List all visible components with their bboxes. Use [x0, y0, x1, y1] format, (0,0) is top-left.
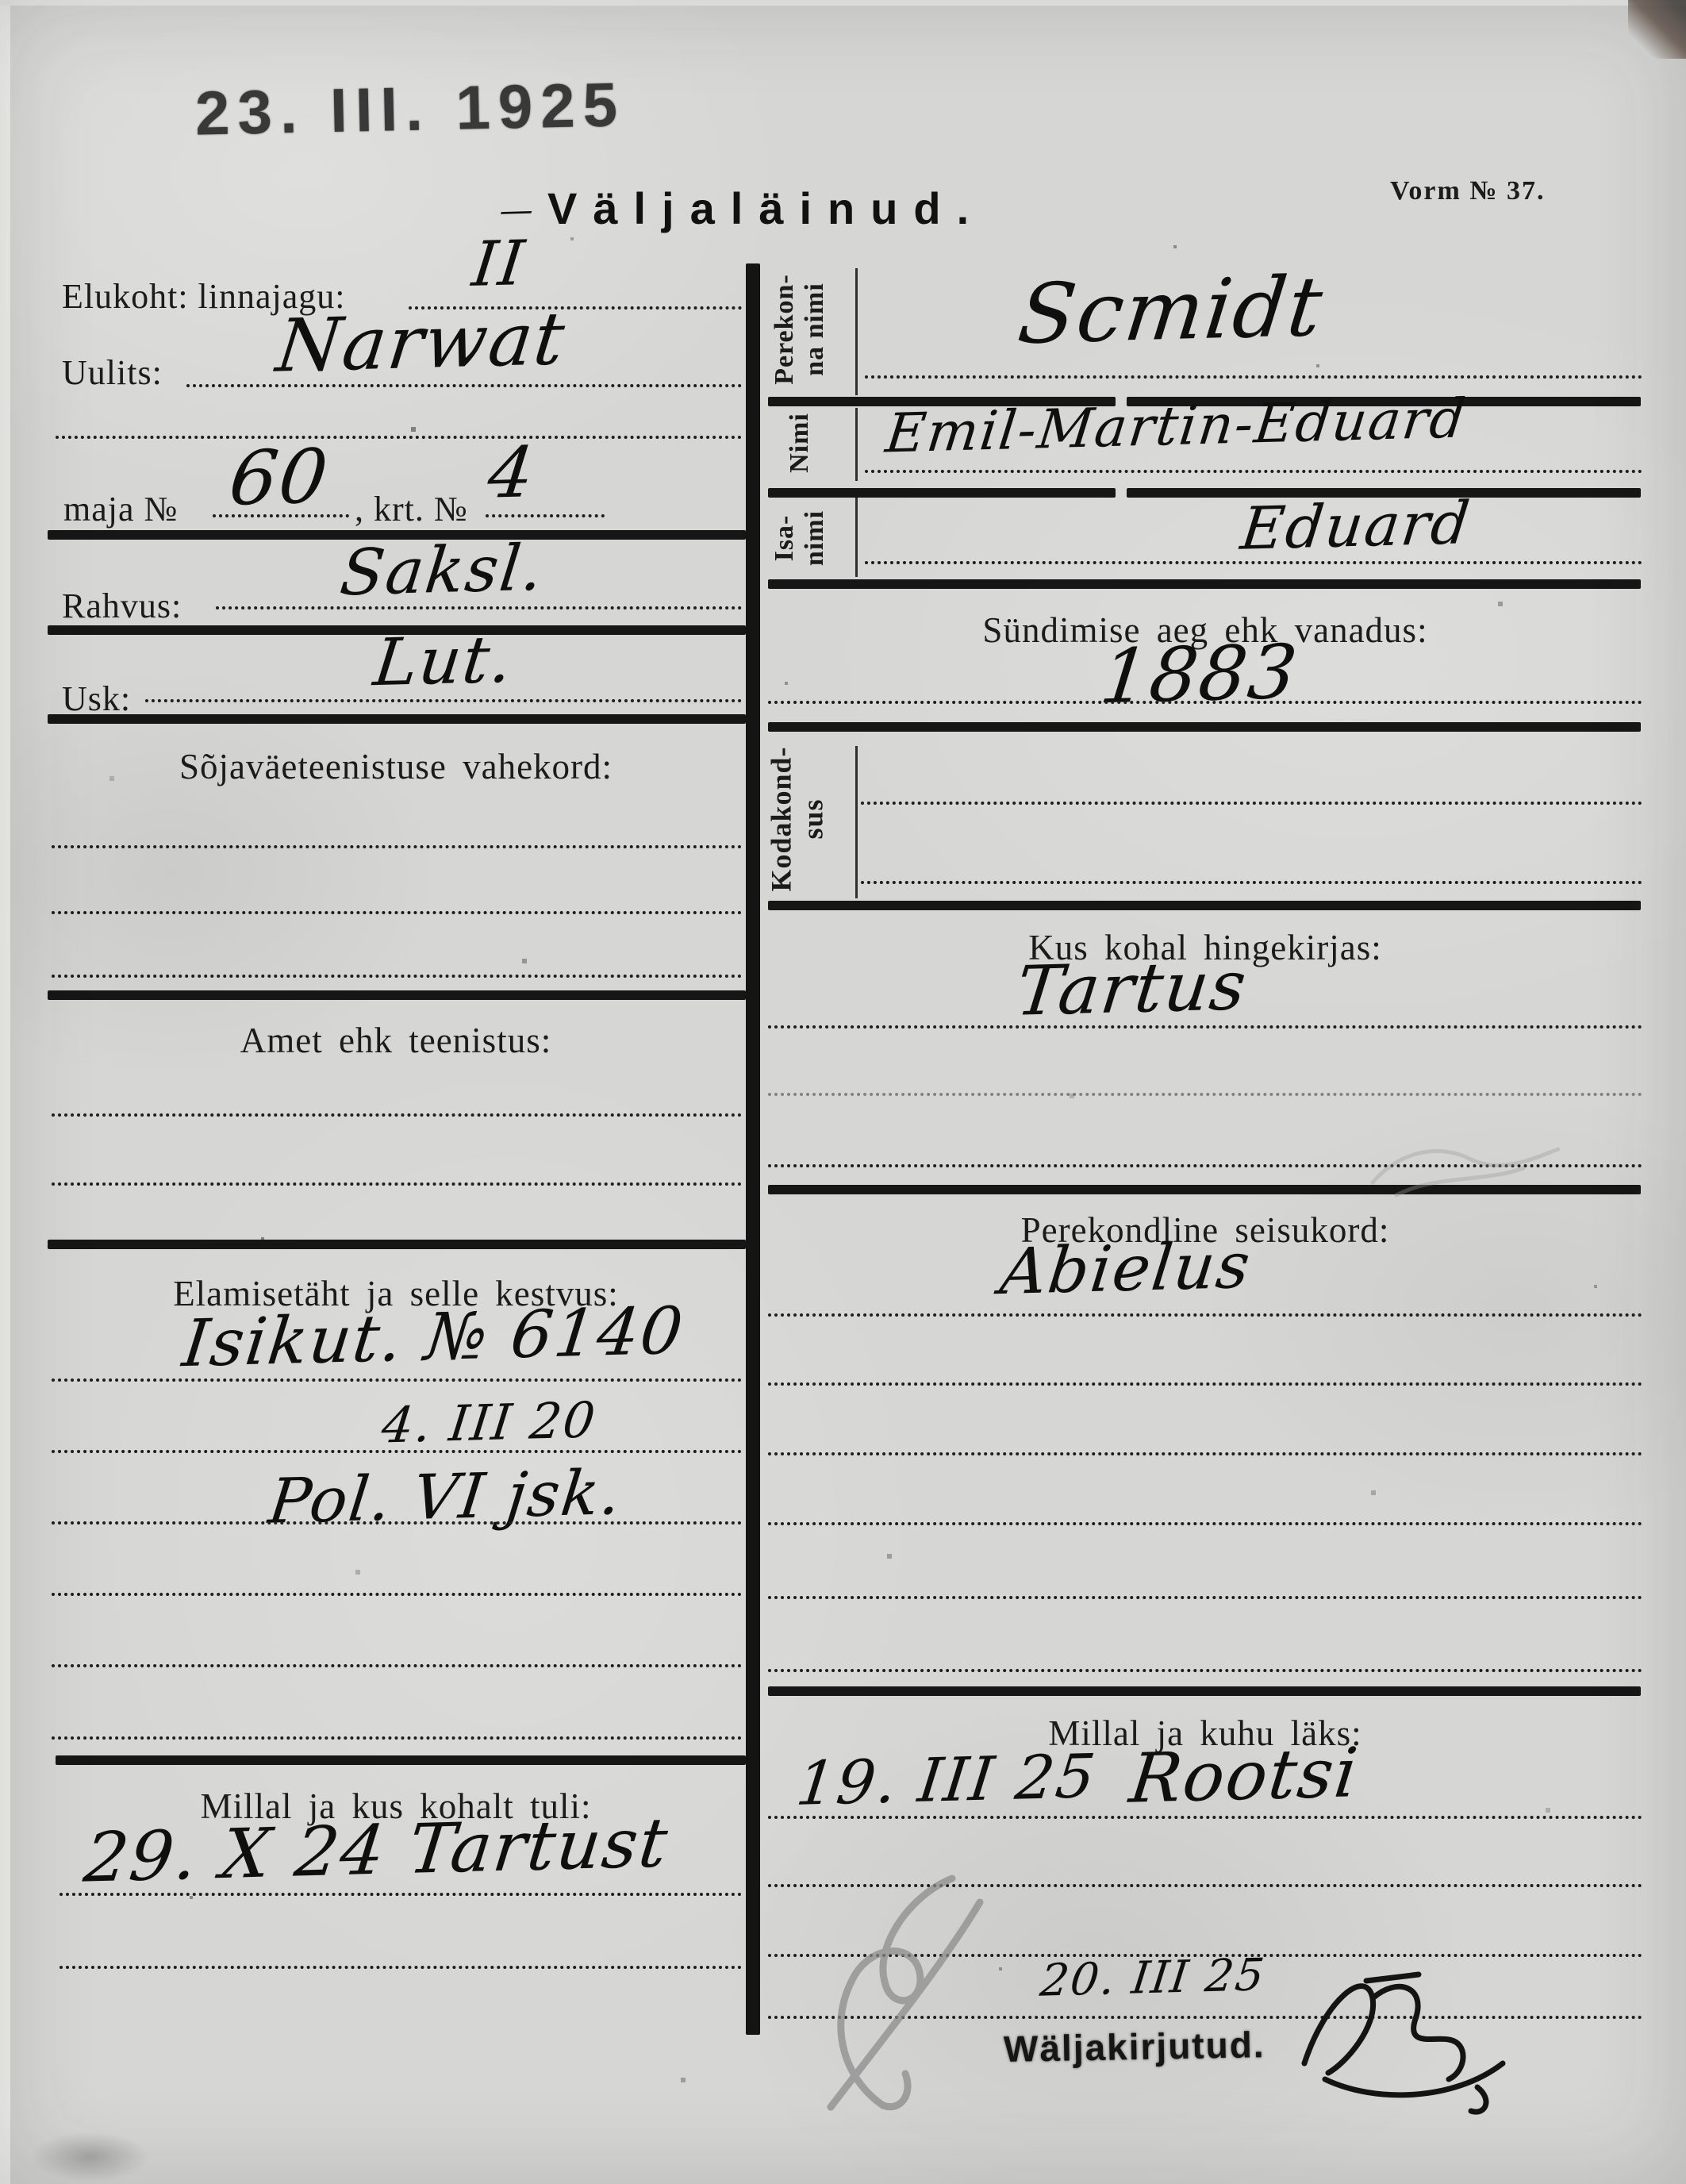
- divider-bar: [768, 488, 1116, 498]
- divider-bar: [768, 722, 1641, 732]
- dotted-rule: [60, 1966, 742, 1969]
- dotted-rule: [768, 1596, 1642, 1599]
- dotted-rule: [768, 1816, 1642, 1819]
- form-number: Vorm № 37.: [1390, 176, 1546, 206]
- pencil-smudge: [1365, 1133, 1571, 1205]
- issue-date-value: 20. III 25: [1038, 1949, 1269, 2006]
- firstname-label-line: Nimi: [785, 413, 815, 473]
- citizenship-label-line2: sus: [797, 746, 829, 891]
- divider-bar: [768, 901, 1641, 910]
- residence-permit-line2: 4. III 20: [378, 1390, 599, 1454]
- paper-specks: [0, 0, 2, 2]
- apartment-number-label: , krt. №: [355, 489, 468, 529]
- dotted-rule: [56, 436, 742, 439]
- district-value-handwritten: II: [469, 228, 529, 301]
- dotted-rule: [52, 1450, 742, 1453]
- label-rule: [855, 268, 858, 395]
- dotted-rule: [768, 1669, 1642, 1672]
- street-label: Uulits:: [62, 352, 163, 393]
- dotted-rule: [52, 911, 742, 914]
- arrival-value: 29. X 24 Tartust: [80, 1803, 673, 1898]
- scan-smudge: [30, 2132, 149, 2182]
- dotted-rule: [52, 1182, 742, 1186]
- deregistration-stamp: Wäljakirjutud.: [1004, 2023, 1265, 2071]
- dotted-rule: [52, 1521, 742, 1525]
- divider-bar: [48, 990, 746, 1000]
- birth-value: 1883: [1096, 629, 1303, 721]
- parish-value: Tartus: [1012, 946, 1252, 1032]
- dotted-rule: [52, 1378, 742, 1382]
- scan-edge-left: [0, 0, 10, 2184]
- dotted-rule: [186, 384, 742, 387]
- apartment-number-value: 4: [484, 431, 540, 513]
- residence-permit-line1: Isikut. № 6140: [179, 1294, 689, 1382]
- occupation-header: Amet ehk teenistus:: [48, 1020, 744, 1061]
- dotted-rule: [52, 1593, 742, 1596]
- dotted-rule: [861, 802, 1642, 805]
- dotted-rule: [486, 514, 605, 517]
- firstname-vertical-label: Nimi: [785, 413, 815, 473]
- dotted-rule: [52, 1664, 742, 1667]
- dotted-rule: [865, 375, 1642, 379]
- dotted-rule: [768, 1452, 1642, 1455]
- dotted-rule: [768, 1313, 1642, 1317]
- surname-value: Scmidt: [1013, 258, 1328, 363]
- dotted-rule: [52, 975, 742, 978]
- dotted-rule: [52, 1736, 742, 1740]
- father-vertical-label: Isa- nimi: [770, 510, 830, 566]
- dotted-rule: [865, 561, 1642, 564]
- religion-label: Usk:: [62, 679, 131, 719]
- street-value-handwritten: Narwat: [272, 296, 570, 388]
- surname-label-line2: na nimi: [800, 274, 830, 385]
- dotted-rule: [60, 1893, 742, 1896]
- divider-bar: [768, 579, 1641, 589]
- house-number-label: maja №: [63, 489, 179, 529]
- dotted-rule: [52, 845, 742, 848]
- dotted-rule: [768, 701, 1642, 704]
- dotted-rule: [52, 1113, 742, 1117]
- scan-corner-stain: [1628, 0, 1686, 59]
- departure-place-value: Rootsi: [1126, 1733, 1363, 1818]
- family-status-value: Abielus: [997, 1228, 1255, 1309]
- residence-permit-line3: Pol. VI jsk.: [265, 1457, 626, 1538]
- dotted-rule: [768, 1025, 1642, 1029]
- house-number-value: 60: [225, 433, 333, 522]
- column-divider: [746, 263, 760, 2035]
- handwritten-dash: —: [497, 190, 537, 229]
- form-title: Väljaläinud.: [547, 183, 985, 234]
- scanned-form-page: 23. III. 1925 — Väljaläinud. Vorm № 37. …: [0, 0, 1686, 2184]
- dotted-rule: [216, 606, 742, 609]
- father-label-line2: nimi: [800, 510, 830, 566]
- surname-label-line1: Perekon-: [770, 274, 800, 385]
- dotted-rule: [861, 881, 1642, 884]
- divider-bar: [768, 1686, 1641, 1696]
- surname-vertical-label: Perekon- na nimi: [770, 274, 830, 385]
- official-ink-signature: [1277, 1943, 1531, 2125]
- label-rule: [855, 746, 858, 898]
- dotted-rule: [865, 470, 1642, 473]
- nationality-label: Rahvus:: [62, 586, 182, 626]
- father-value: Eduard: [1238, 489, 1475, 563]
- religion-value: Lut.: [370, 622, 517, 702]
- dotted-rule: [768, 1382, 1642, 1386]
- divider-bar: [48, 1240, 746, 1249]
- nationality-value: Saksl.: [336, 531, 548, 610]
- divider-bar: [56, 1755, 746, 1765]
- military-service-header: Sõjaväeteenistuse vahekord:: [48, 746, 744, 787]
- label-rule: [855, 498, 858, 577]
- dotted-rule: [145, 699, 742, 702]
- scan-edge-top: [0, 0, 1686, 6]
- father-label-line1: Isa-: [770, 510, 800, 566]
- label-rule: [855, 408, 858, 481]
- date-stamp: 23. III. 1925: [194, 68, 626, 149]
- departure-date-value: 19. III 25: [793, 1740, 1100, 1819]
- divider-bar: [48, 714, 746, 724]
- dotted-rule: [768, 1522, 1642, 1525]
- citizenship-label-line1: Kodakond-: [766, 746, 797, 891]
- dotted-rule: [768, 1093, 1642, 1096]
- pencil-scribble-signature: [789, 1869, 1027, 2123]
- citizenship-vertical-label: Kodakond- sus: [766, 746, 830, 891]
